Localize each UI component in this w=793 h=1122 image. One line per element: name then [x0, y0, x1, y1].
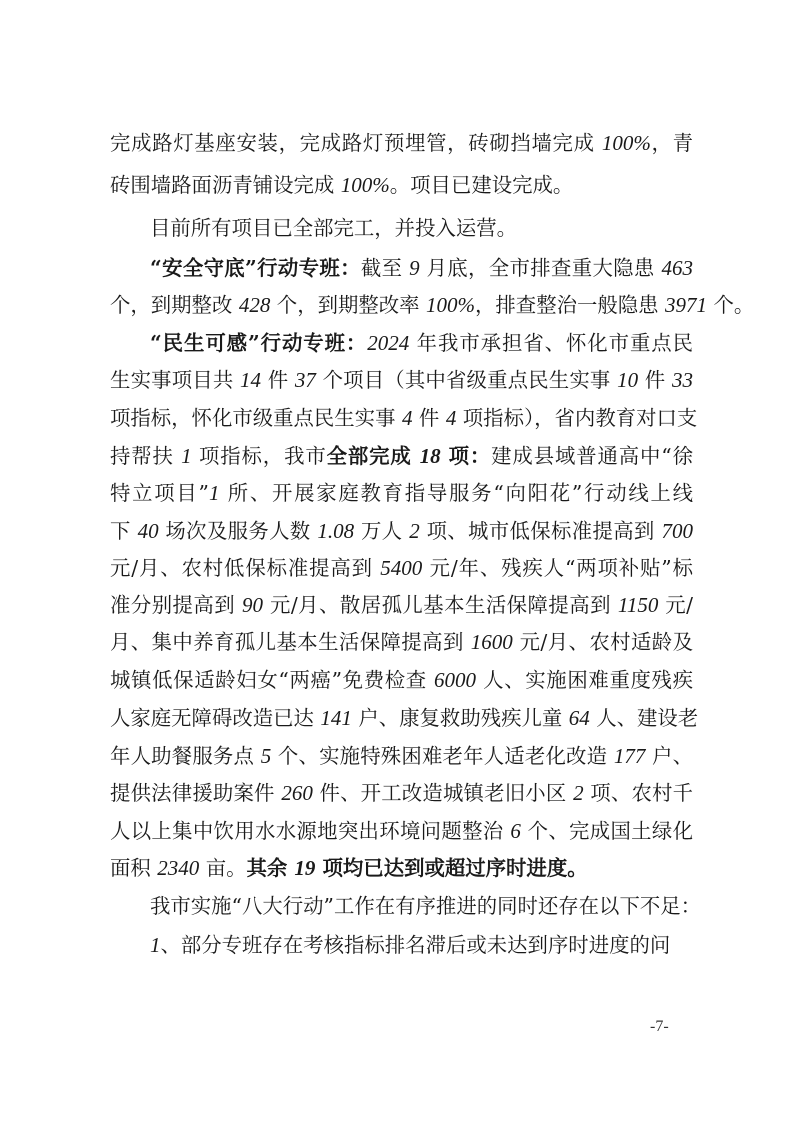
text-run: 月底，全市排查重大隐患 [420, 256, 662, 280]
text-run: 件、开工改造城镇老旧小区 [313, 781, 573, 805]
text-line: 1、部分专班存在考核指标排名滞后或未达到序时进度的问 [150, 930, 693, 960]
page-number: -7- [650, 1018, 669, 1036]
number-text: 260 [281, 781, 313, 805]
text-run: 我市实施“八大行动”工作在有序推进的同时还存在以下不足： [150, 894, 701, 918]
text-run: 项指标，怀化市级重点民生实事 [110, 406, 402, 430]
bold-text: 全部完成 [327, 444, 420, 468]
text-run: 件 [261, 368, 295, 392]
text-run: 万人 [354, 519, 409, 543]
text-run: 截至 [361, 256, 409, 280]
number-text: 5400 [380, 556, 422, 580]
number-text: 33 [672, 368, 693, 392]
text-line: 下 40 场次及服务人数 1.08 万人 2 项、城市低保标准提高到 700 [110, 516, 693, 546]
text-line: 目前所有项目已全部完工，并投入运营。 [150, 213, 693, 243]
text-run: 项、城市低保标准提高到 [420, 519, 662, 543]
text-run: 。项目已建设完成。 [390, 173, 574, 197]
number-text: 4 [446, 406, 457, 430]
text-run: 目前所有项目已全部完工，并投入运营。 [150, 216, 517, 240]
number-text: 6 [510, 819, 521, 843]
number-text: 428 [239, 293, 271, 317]
text-run: 人、实施困难重度残疾 [476, 668, 693, 692]
text-run: 元/ [658, 593, 693, 617]
text-run: 项指标），省内教育对口支 [456, 406, 697, 430]
text-run: 件 [412, 406, 445, 430]
bold-text: “民生可感”行动专班： [150, 331, 367, 355]
text-run: 年我市承担省、怀化市重点民 [409, 331, 693, 355]
text-run: 个，到期整改 [110, 293, 239, 317]
number-text: 700 [662, 519, 694, 543]
document-page: 完成路灯基座安装，完成路灯预埋管，砖砌挡墙完成 100%，青砖围墙路面沥青铺设完… [0, 0, 793, 1122]
text-run: 项指标，我市 [192, 444, 327, 468]
bold-text: 项均已达到或超过序时进度。 [315, 856, 587, 880]
text-run: 城镇低保适龄妇女“两癌”免费检查 [110, 668, 434, 692]
text-line: 提供法律援助案件 260 件、开工改造城镇老旧小区 2 项、农村千 [110, 778, 693, 808]
text-run: 户、康复救助残疾儿童 [352, 706, 569, 730]
text-run: 持帮扶 [110, 444, 181, 468]
number-text: 64 [569, 706, 590, 730]
text-line: “民生可感”行动专班：2024 年我市承担省、怀化市重点民 [150, 328, 693, 358]
text-run: ，排查整治一般隐患 [475, 293, 665, 317]
text-run: 亩。 [199, 856, 246, 880]
text-run: 人家庭无障碍改造已达 [110, 706, 320, 730]
text-line: 月、集中养育孤儿基本生活保障提高到 1600 元/月、农村适龄及 [110, 627, 693, 657]
number-text: 6000 [434, 668, 476, 692]
number-text: 10 [617, 368, 638, 392]
number-text: 90 [242, 593, 263, 617]
text-run: 元/月、农村适龄及 [513, 630, 693, 654]
text-run: 元/月、农村低保标准提高到 [110, 556, 380, 580]
text-run: 个、实施特殊困难老年人适老化改造 [271, 744, 614, 768]
text-run: 人以上集中饮用水水源地突出环境问题整治 [110, 819, 510, 843]
text-run: 下 [110, 519, 138, 543]
bold-text: 19 [294, 856, 315, 880]
number-text: 5 [261, 744, 272, 768]
text-line: 生实事项目共 14 件 37 个项目（其中省级重点民生实事 10 件 33 [110, 365, 693, 395]
bold-text: 项： [441, 444, 492, 468]
text-run: 个项目（其中省级重点民生实事 [316, 368, 617, 392]
text-run: 户、 [645, 744, 693, 768]
number-text: 141 [320, 706, 352, 730]
text-run: 场次及服务人数 [159, 519, 318, 543]
text-line: 年人助餐服务点 5 个、实施特殊困难老年人适老化改造 177 户、 [110, 741, 693, 771]
number-text: 3971 [665, 293, 707, 317]
text-line: 元/月、农村低保标准提高到 5400 元/年、残疾人“两项补贴”标 [110, 553, 693, 583]
text-run: 个。 [707, 293, 754, 317]
number-text: 1150 [618, 593, 658, 617]
text-run: 个，到期整改率 [270, 293, 426, 317]
number-text: 100% [602, 131, 651, 155]
number-text: 40 [138, 519, 159, 543]
text-run: 砖围墙路面沥青铺设完成 [110, 173, 341, 197]
text-run: 个、完成国土绿化 [521, 819, 693, 843]
bold-text: “安全守底”行动专班： [150, 256, 361, 280]
text-line: 人以上集中饮用水水源地突出环境问题整治 6 个、完成国土绿化 [110, 816, 693, 846]
text-line: 砖围墙路面沥青铺设完成 100%。项目已建设完成。 [110, 170, 693, 200]
text-line: 我市实施“八大行动”工作在有序推进的同时还存在以下不足： [150, 891, 693, 921]
number-text: 177 [614, 744, 646, 768]
number-text: 100% [426, 293, 475, 317]
text-run: 件 [638, 368, 672, 392]
text-run: 所、开展家庭教育指导服务“向阳花”行动线上线 [219, 481, 693, 505]
text-run: 完成路灯基座安装，完成路灯预埋管，砖砌挡墙完成 [110, 131, 602, 155]
text-line: 准分别提高到 90 元/月、散居孤儿基本生活保障提高到 1150 元/ [110, 590, 693, 620]
text-run: 提供法律援助案件 [110, 781, 281, 805]
bold-text: 其余 [247, 856, 295, 880]
text-run: 人、建设老 [590, 706, 698, 730]
text-run: 项、农村千 [584, 781, 693, 805]
number-text: 1.08 [317, 519, 354, 543]
number-text: 2 [573, 781, 584, 805]
text-run: 面积 [110, 856, 157, 880]
number-text: 9 [409, 256, 420, 280]
text-line: 个，到期整改 428 个，到期整改率 100%，排查整治一般隐患 3971 个。 [110, 290, 693, 320]
text-line: 面积 2340 亩。其余 19 项均已达到或超过序时进度。 [110, 853, 693, 883]
number-text: 1 [181, 444, 192, 468]
text-run: 元/年、残疾人“两项补贴”标 [422, 556, 693, 580]
text-run: 、部分专班存在考核指标排名滞后或未达到序时进度的问 [161, 933, 671, 957]
number-text: 100% [341, 173, 390, 197]
text-line: 人家庭无障碍改造已达 141 户、康复救助残疾儿童 64 人、建设老 [110, 703, 693, 733]
text-run: 年人助餐服务点 [110, 744, 261, 768]
number-text: 463 [662, 256, 694, 280]
text-run: 特立项目” [110, 481, 209, 505]
text-run: 月、集中养育孤儿基本生活保障提高到 [110, 630, 471, 654]
text-run: 准分别提高到 [110, 593, 242, 617]
text-line: 项指标，怀化市级重点民生实事 4 件 4 项指标），省内教育对口支 [110, 403, 693, 433]
number-text: 37 [295, 368, 316, 392]
bold-text: 18 [420, 444, 441, 468]
text-line: 完成路灯基座安装，完成路灯预埋管，砖砌挡墙完成 100%，青 [110, 128, 693, 158]
text-line: 持帮扶 1 项指标，我市全部完成 18 项：建成县域普通高中“徐 [110, 441, 693, 471]
number-text: 1 [209, 481, 220, 505]
text-run: 建成县域普通高中“徐 [491, 444, 693, 468]
number-text: 1 [150, 933, 161, 957]
text-line: “安全守底”行动专班：截至 9 月底，全市排查重大隐患 463 [150, 253, 693, 283]
number-text: 2340 [157, 856, 199, 880]
number-text: 14 [240, 368, 261, 392]
text-run: 元/月、散居孤儿基本生活保障提高到 [263, 593, 618, 617]
text-run: ，青 [651, 131, 693, 155]
number-text: 2024 [367, 331, 409, 355]
number-text: 2 [409, 519, 420, 543]
number-text: 1600 [471, 630, 513, 654]
number-text: 4 [402, 406, 413, 430]
text-line: 特立项目”1 所、开展家庭教育指导服务“向阳花”行动线上线 [110, 478, 693, 508]
text-line: 城镇低保适龄妇女“两癌”免费检查 6000 人、实施困难重度残疾 [110, 665, 693, 695]
text-run: 生实事项目共 [110, 368, 240, 392]
